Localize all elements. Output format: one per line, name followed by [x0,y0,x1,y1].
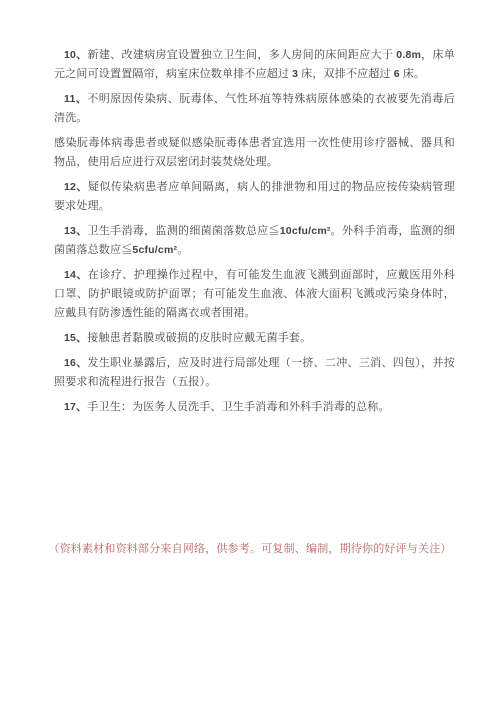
para-17-text: 手卫生：为医务人员洗手、卫生手消毒和外科手消毒的总称。 [87,401,389,413]
para-15: 15、接触患者黏膜或破损的皮肤时应戴无菌手套。 [54,329,455,348]
para-16-number: 16、 [64,357,88,369]
para-15-text: 接触患者黏膜或破损的皮肤时应戴无菌手套。 [87,332,311,344]
para-14-text: 在诊疗、护理操作过程中，有可能发生血液飞溅到面部时，应戴医用外科口罩、防护眼镜或… [54,269,455,319]
para-17-number: 17、 [64,401,87,413]
para-10-text: 新建、改建病房宜设置独立卫生间，多人房间的床间距应大于 0.8m，床单元之间可设… [54,49,455,80]
para-10: 10、新建、改建病房宜设置独立卫生间，多人房间的床间距应大于 0.8m，床单元之… [54,46,455,84]
document-body: 10、新建、改建病房宜设置独立卫生间，多人房间的床间距应大于 0.8m，床单元之… [0,0,500,417]
para-12-number: 12、 [64,181,88,193]
para-13-number: 13、 [64,225,88,237]
para-11: 11、不明原因传染病、朊毒体、气性坏疽等特殊病原体感染的衣被要先消毒后清洗。 [54,90,455,128]
para-12: 12、疑似传染病患者应单间隔离，病人的排泄物和用过的物品应按传染病管理要求处理。 [54,178,455,216]
para-13-text: 卫生手消毒，监测的细菌菌落数总应≦10cfu/cm²。外科手消毒，监测的细菌菌落… [54,225,455,256]
para-16-text: 发生职业暴露后，应及时进行局部处理（一挤、二冲、三消、四包），并按照要求和流程进… [54,357,455,388]
para-prion-note-text: 感染朊毒体病毒患者或疑似感染朊毒体患者宜选用一次性使用诊疗器械、器具和物品，使用… [54,137,455,168]
para-10-number: 10、 [64,49,88,61]
para-prion-note: 感染朊毒体病毒患者或疑似感染朊毒体患者宜选用一次性使用诊疗器械、器具和物品，使用… [54,134,455,172]
document-page: 10、新建、改建病房宜设置独立卫生间，多人房间的床间距应大于 0.8m，床单元之… [0,0,500,707]
para-13: 13、卫生手消毒，监测的细菌菌落数总应≦10cfu/cm²。外科手消毒，监测的细… [54,222,455,260]
para-14-number: 14、 [64,269,88,281]
para-12-text: 疑似传染病患者应单间隔离，病人的排泄物和用过的物品应按传染病管理要求处理。 [54,181,455,212]
para-15-number: 15、 [64,332,87,344]
para-11-text: 不明原因传染病、朊毒体、气性坏疽等特殊病原体感染的衣被要先消毒后清洗。 [54,93,455,124]
para-17: 17、手卫生：为医务人员洗手、卫生手消毒和外科手消毒的总称。 [54,398,455,417]
footer-note: （资料素材和资料部分来自网络，供参考。可复制、编制，期待你的好评与关注） [0,542,500,557]
para-11-number: 11、 [64,93,87,105]
para-14: 14、在诊疗、护理操作过程中，有可能发生血液飞溅到面部时，应戴医用外科口罩、防护… [54,266,455,323]
para-16: 16、发生职业暴露后，应及时进行局部处理（一挤、二冲、三消、四包），并按照要求和… [54,354,455,392]
